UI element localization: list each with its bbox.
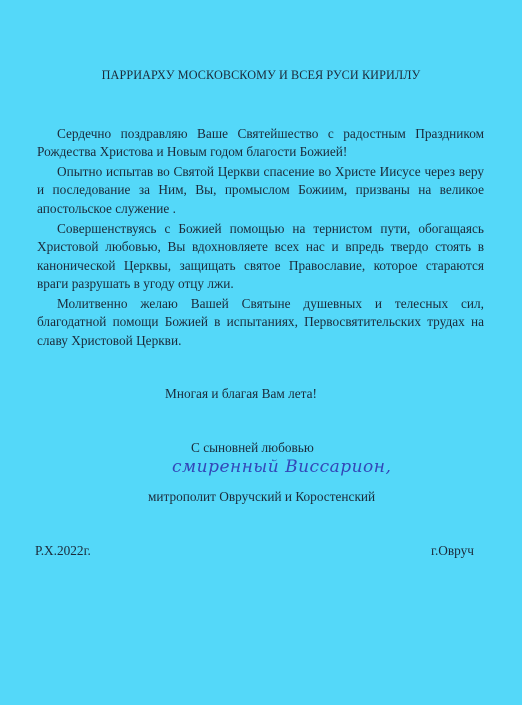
handwritten-signature: смиренный Виссарион, [172, 457, 391, 477]
paragraph-wishes: Молитвенно желаю Вашей Святыне душевных … [37, 295, 484, 350]
place: г.Овруч [431, 543, 474, 559]
letter-page: ПАРРИАРХУ МОСКОВСКОМУ И ВСЕЯ РУСИ КИРИЛЛ… [0, 0, 522, 705]
wish-line: Многая и благая Вам лета! [165, 386, 317, 402]
paragraph-calling: Опытно испытав во Святой Церкви спасение… [37, 163, 484, 218]
paragraph-inspiration: Совершенствуясь с Божией помощью на терн… [37, 220, 484, 294]
addressee-heading: ПАРРИАРХУ МОСКОВСКОМУ И ВСЕЯ РУСИ КИРИЛЛ… [0, 68, 522, 83]
closing-line: С сыновней любовью [191, 440, 314, 456]
signer-title: митрополит Овручский и Коростенский [148, 489, 375, 505]
paragraph-greeting: Сердечно поздравляю Ваше Святейшество с … [37, 125, 484, 162]
date: Р.Х.2022г. [35, 543, 91, 559]
